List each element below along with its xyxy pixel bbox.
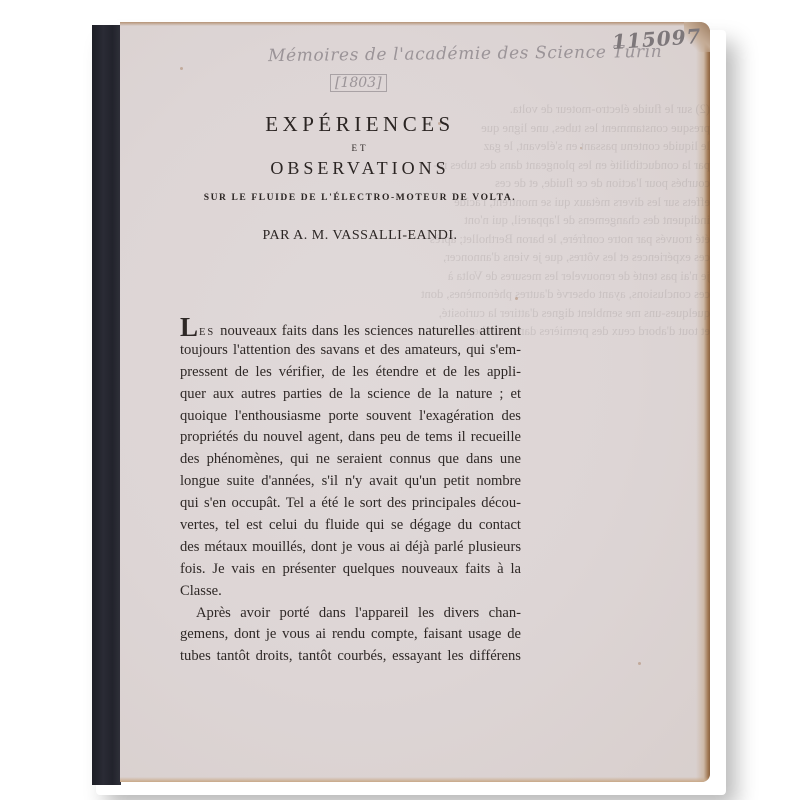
foxing-spot [180, 67, 183, 70]
body-line: Classe. [180, 581, 521, 603]
body-line: pressent de les vérifier, de les étendre… [180, 362, 521, 384]
drop-cap: L [180, 312, 198, 342]
page-edge-top [120, 22, 710, 26]
title-subtitle: SUR LE FLUIDE DE L'ÉLECTRO-MOTEUR DE VOL… [170, 193, 550, 203]
body-line: longue suite d'années, s'il n'y avait qu… [180, 471, 521, 493]
body-line-text: nouveaux faits dans les sciences naturel… [215, 323, 521, 339]
bleed-line: indiquent des changemens de l'appareil, … [410, 211, 710, 230]
author-line: PAR A. M. VASSALLI-EANDI. [170, 228, 550, 244]
handwritten-year-note: [1803] [330, 74, 387, 92]
body-line: vertes, tel est celui du fluide qui se d… [180, 515, 521, 537]
body-line: des métaux mouillés, dont je vous ai déj… [180, 537, 521, 559]
body-line: qui s'en occupât. Tel a été le sort des … [180, 493, 521, 515]
body-line: gemens, dont je vous ai rendu compte, fa… [180, 624, 521, 646]
body-line: des phénomènes, qui ne seraient connus q… [180, 449, 521, 471]
page-edge-bottom [120, 777, 710, 782]
body-line: quer aux autres parties de la science de… [180, 384, 521, 406]
bleed-line: ces expériences et les vôtres, que je vi… [410, 248, 710, 267]
title-main: EXPÉRIENCES [170, 112, 550, 137]
first-word-smallcaps: ES [199, 327, 215, 338]
foxing-spot [580, 147, 582, 149]
bleed-line: je n'ai pas tenté de renouveler les mesu… [410, 267, 710, 286]
title-conjunction: ET [170, 143, 550, 153]
body-text: LES nouveaux faits dans les sciences nat… [180, 318, 521, 668]
body-line: propriétés du nouvel agent, dans peu de … [180, 427, 521, 449]
foxing-spot [515, 297, 518, 300]
handwritten-source-note: Mémoires de l'académie des Science Turin [268, 42, 662, 66]
foxing-spot [638, 662, 641, 665]
body-line: fois. Je vais en présenter quelques nouv… [180, 559, 521, 581]
body-line: toujours l'attention des savans et des a… [180, 340, 521, 362]
photo-stage: (2) sur le fluide électro-moteur de volt… [0, 0, 800, 800]
bleed-line: ces conclusions, ayant observé d'autres … [410, 285, 710, 304]
body-line: tubes tantôt droits, tantôt courbés, ess… [180, 646, 521, 668]
spine-binding-strip [92, 25, 121, 785]
body-line: quoique l'enthousiasme porte souvent l'e… [180, 406, 521, 428]
body-line: Après avoir porté dans l'appareil les di… [180, 603, 521, 625]
body-line: LES nouveaux faits dans les sciences nat… [180, 318, 521, 340]
title-secondary: OBSERVATIONS [170, 158, 550, 179]
